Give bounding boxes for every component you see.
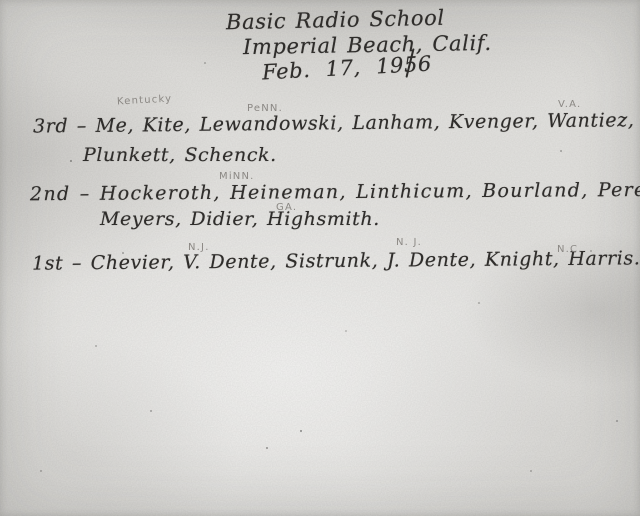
- pencil-annotation-nj-jdente: N. J.: [396, 237, 422, 248]
- pencil-annotation-nj-vdente: N.J.: [188, 242, 210, 253]
- pencil-annotation-nc: N.C.: [557, 244, 583, 255]
- pencil-annotation-ga: GA.: [276, 202, 297, 213]
- header-school-name: Basic Radio School: [226, 6, 445, 35]
- row2-names-line2: Meyers, Didier, Highsmith.: [100, 208, 380, 230]
- pencil-annotation-penn: PeNN.: [247, 103, 283, 114]
- pencil-annotation-va: V.A.: [558, 99, 581, 110]
- row2-names-line1: 2nd – Hockeroth, Heineman, Linthicum, Bo…: [30, 179, 640, 205]
- pencil-annotation-minn: MiNN.: [219, 171, 255, 182]
- row1-names-line1: 1st – Chevier, V. Dente, Sistrunk, J. De…: [32, 247, 640, 274]
- row3-names-line1: 3rd – Me, Kite, Lewandowski, Lanham, Kve…: [33, 108, 640, 137]
- photo-back-scan: Basic Radio School Imperial Beach, Calif…: [0, 0, 640, 516]
- pencil-annotation-kentucky: Kentucky: [117, 94, 173, 108]
- row3-names-line2: Plunkett, Schenck.: [83, 144, 277, 166]
- paper-specks: [0, 0, 2, 2]
